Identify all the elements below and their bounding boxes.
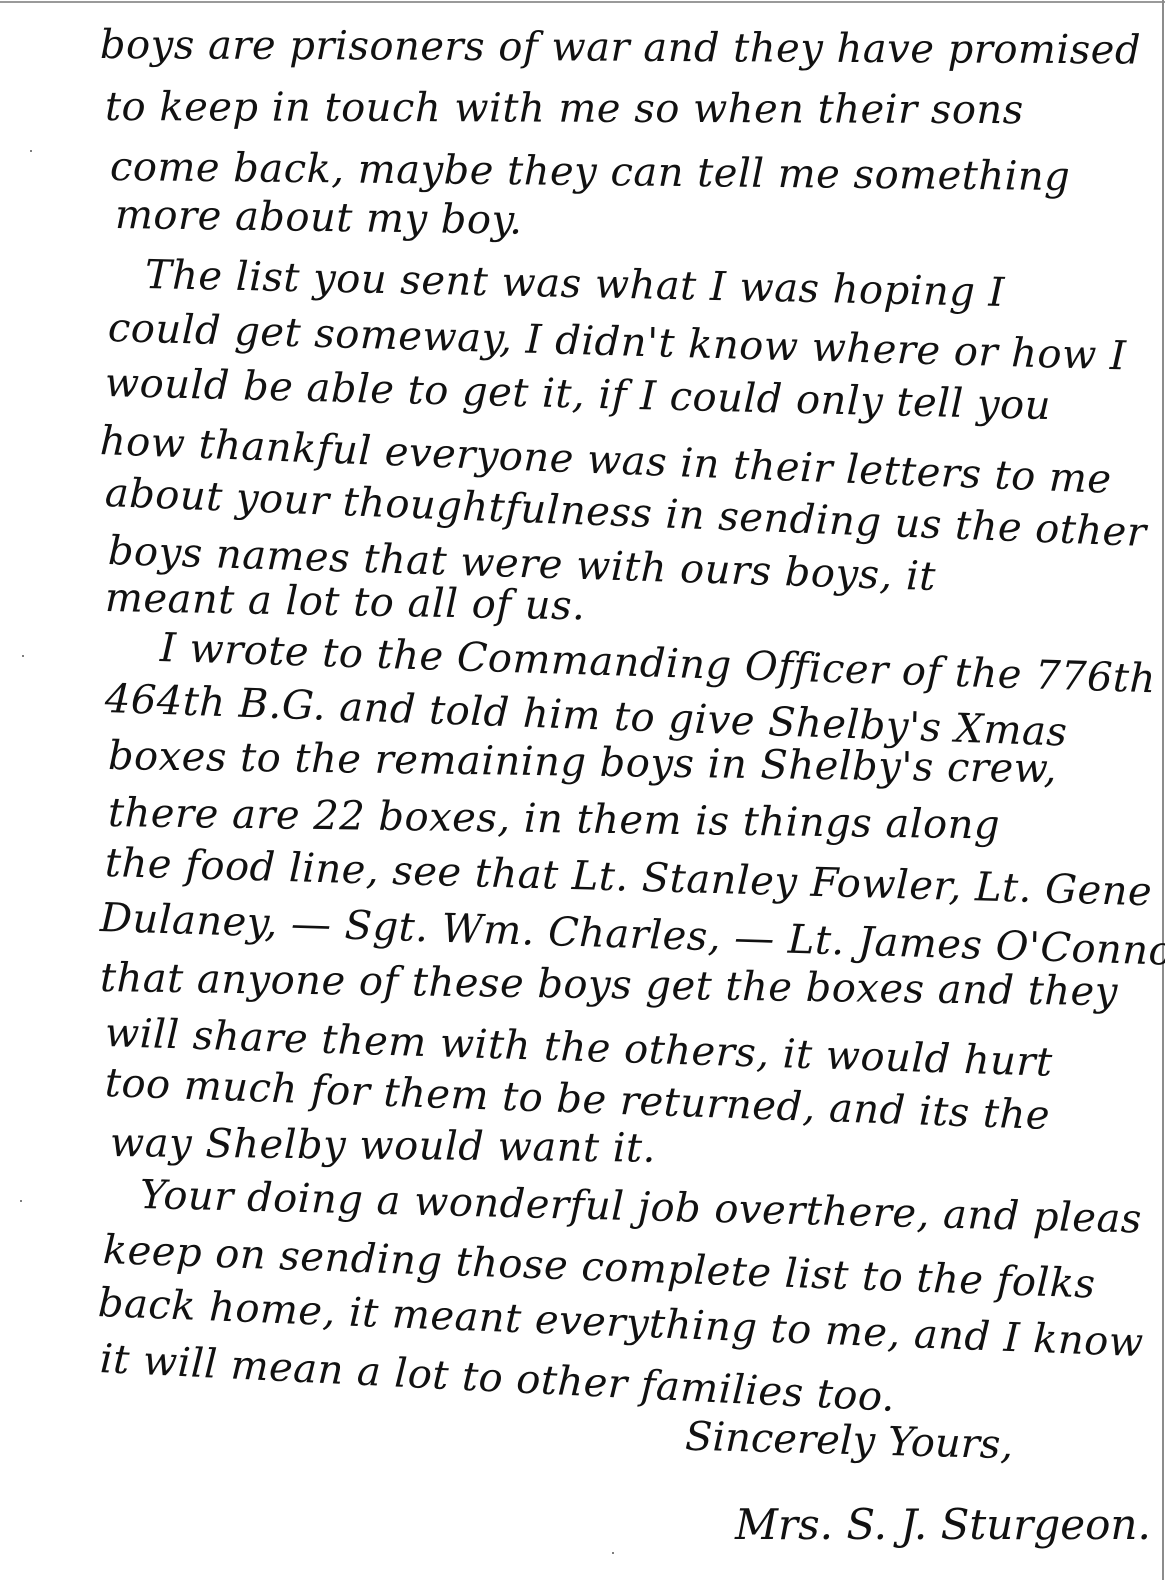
scan-speck — [612, 1552, 614, 1554]
letter-line: more about my boy. — [115, 192, 523, 244]
scan-speck — [20, 1200, 22, 1202]
scan-speck — [30, 150, 32, 152]
letter-page: boys are prisoners of war and they have … — [0, 0, 1165, 1580]
scan-speck — [22, 655, 24, 657]
letter-signature: Mrs. S. J. Sturgeon. — [735, 1500, 1151, 1549]
letter-line: The list you sent was what I was hoping … — [145, 252, 1006, 316]
letter-line: to keep in touch with me so when their s… — [105, 84, 1024, 133]
letter-line: there are 22 boxes, in them is things al… — [108, 790, 1001, 848]
letter-line: way Shelby would want it. — [110, 1120, 656, 1172]
scan-border-right — [1162, 0, 1164, 1580]
letter-line: meant a lot to all of us. — [105, 575, 586, 629]
scan-border-top — [0, 1, 1165, 3]
letter-line: boys are prisoners of war and they have … — [100, 22, 1141, 73]
letter-line: Your doing a wonderful job overthere, an… — [139, 1172, 1142, 1242]
letter-line: come back, maybe they can tell me someth… — [110, 144, 1071, 200]
letter-closing: Sincerely Yours, — [684, 1414, 1013, 1469]
